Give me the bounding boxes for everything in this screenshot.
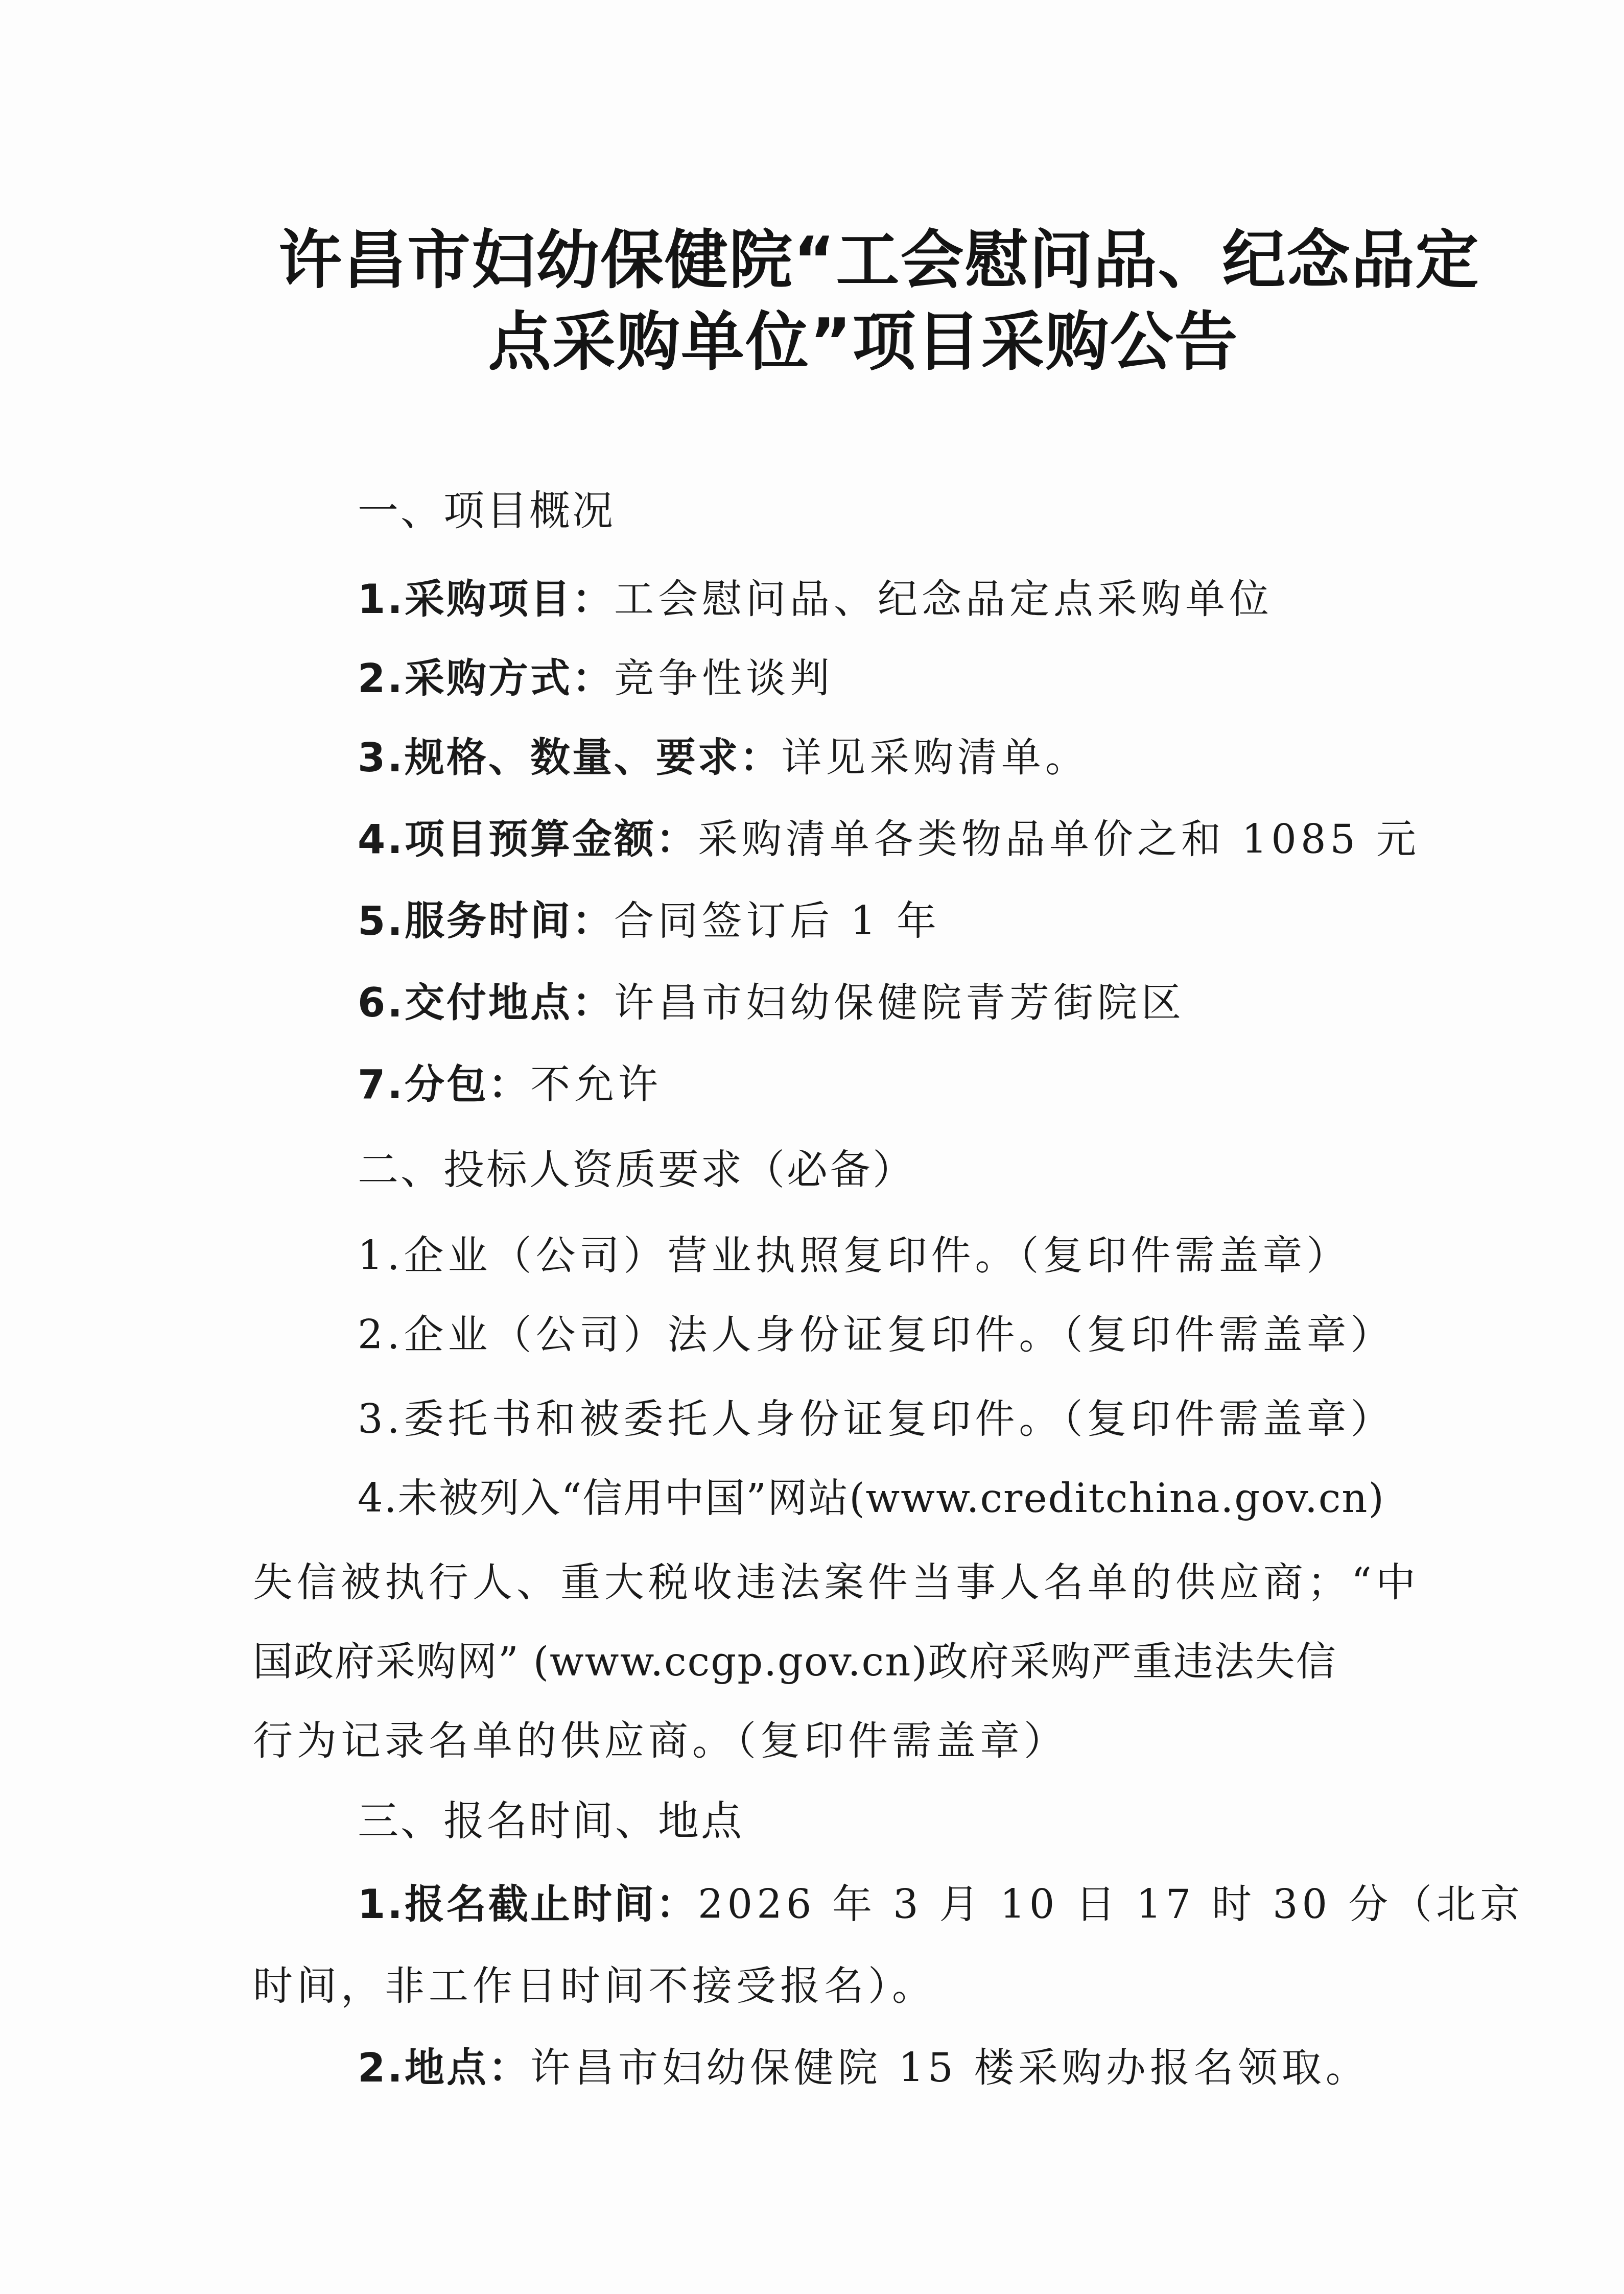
qualification-item-4-line-2: 失信被执行人、重大税收违法案件当事人名单的供应商；“中 bbox=[253, 1563, 1420, 1603]
item-label: 7.分包： bbox=[358, 1062, 530, 1108]
item-label: 1.报名截止时间： bbox=[358, 1882, 698, 1928]
item-label: 1.采购项目： bbox=[358, 577, 614, 623]
qualification-item-4-line-1: 4.未被列入“信用中国”网站(www.creditchina.gov.cn) bbox=[358, 1479, 1385, 1519]
document-title-line-2: 点采购单位”项目采购公告 bbox=[488, 291, 1624, 382]
item-subcontracting: 7.分包：不允许 bbox=[358, 1065, 662, 1105]
qualification-item-1: 1.企业（公司）营业执照复印件。（复印件需盖章） bbox=[358, 1236, 1350, 1276]
item-value: 工会慰问品、纪念品定点采购单位 bbox=[614, 577, 1273, 623]
item-value: 合同签订后 1 年 bbox=[614, 898, 940, 944]
section-heading-registration: 三、报名时间、地点 bbox=[358, 1801, 744, 1841]
registration-deadline-line-1: 1.报名截止时间：2026 年 3 月 10 日 17 时 30 分（北京 bbox=[358, 1885, 1524, 1925]
item-procurement-project: 1.采购项目：工会慰问品、纪念品定点采购单位 bbox=[358, 580, 1273, 620]
announcement-page: 许昌市妇幼保健院“工会慰问品、纪念品定 点采购单位”项目采购公告 一、项目概况 … bbox=[0, 0, 1624, 2294]
item-budget-amount: 4.项目预算金额：采购清单各类物品单价之和 1085 元 bbox=[358, 820, 1420, 860]
qualification-item-4-line-3: 国政府采购网” (www.ccgp.gov.cn)政府采购严重违法失信 bbox=[253, 1642, 1337, 1682]
section-heading-project-overview: 一、项目概况 bbox=[358, 490, 615, 531]
item-label: 6.交付地点： bbox=[358, 980, 614, 1026]
qualification-item-2: 2.企业（公司）法人身份证复印件。（复印件需盖章） bbox=[358, 1315, 1394, 1355]
document-title-line-1: 许昌市妇幼保健院“工会慰问品、纪念品定 bbox=[278, 209, 1624, 300]
item-value: 许昌市妇幼保健院 15 楼采购办报名领取。 bbox=[530, 2045, 1370, 2091]
item-label: 3.规格、数量、要求： bbox=[358, 735, 782, 781]
registration-deadline-line-2: 时间，非工作日时间不接受报名）。 bbox=[253, 1967, 936, 2006]
item-value: 许昌市妇幼保健院青芳街院区 bbox=[614, 980, 1185, 1026]
item-procurement-method: 2.采购方式：竞争性谈判 bbox=[358, 659, 834, 699]
item-value: 详见采购清单。 bbox=[782, 735, 1089, 781]
item-value: 2026 年 3 月 10 日 17 时 30 分（北京 bbox=[698, 1882, 1524, 1928]
item-label: 2.地点： bbox=[358, 2045, 530, 2091]
section-heading-bidder-qualifications: 二、投标人资质要求（必备） bbox=[358, 1149, 915, 1190]
qualification-item-3: 3.委托书和被委托人身份证复印件。（复印件需盖章） bbox=[358, 1400, 1394, 1439]
registration-location: 2.地点：许昌市妇幼保健院 15 楼采购办报名领取。 bbox=[358, 2048, 1370, 2088]
qualification-item-4-line-4: 行为记录名单的供应商。（复印件需盖章） bbox=[253, 1721, 1068, 1761]
item-service-period: 5.服务时间：合同签订后 1 年 bbox=[358, 902, 940, 941]
item-label: 5.服务时间： bbox=[358, 898, 614, 944]
item-specs-quantity-requirements: 3.规格、数量、要求：详见采购清单。 bbox=[358, 738, 1089, 778]
item-label: 2.采购方式： bbox=[358, 656, 614, 702]
item-value: 竞争性谈判 bbox=[614, 656, 834, 702]
item-label: 4.项目预算金额： bbox=[358, 817, 698, 863]
item-delivery-location: 6.交付地点：许昌市妇幼保健院青芳街院区 bbox=[358, 983, 1185, 1023]
item-value: 不允许 bbox=[530, 1062, 662, 1108]
item-value: 采购清单各类物品单价之和 1085 元 bbox=[698, 817, 1420, 863]
